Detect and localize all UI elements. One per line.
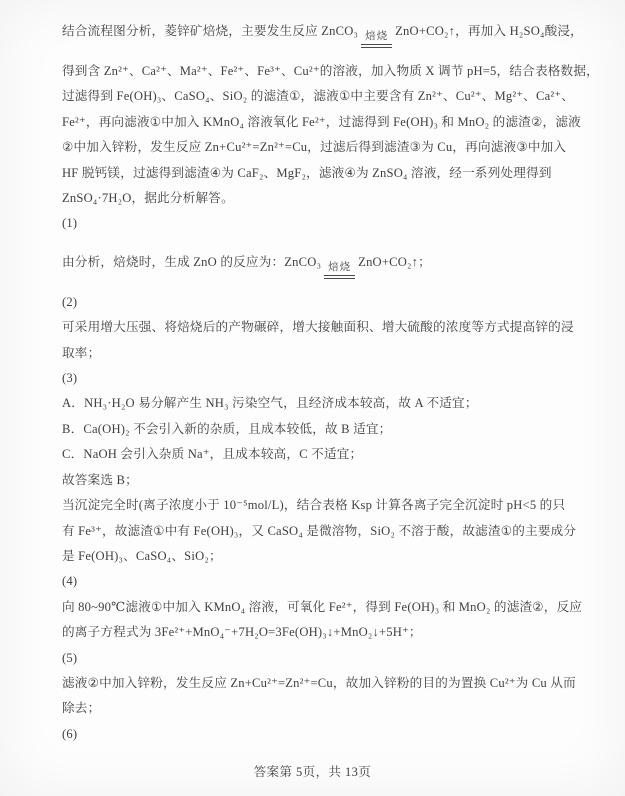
text-line: B．Ca(OH)₂ 不会引入新的杂质，且成本较低，故 B 适宜； bbox=[62, 417, 565, 442]
s1-equation-pre: 由分析，焙烧时，生成 ZnO 的反应为：ZnCO₃ bbox=[62, 255, 321, 269]
section-2-label: (2) bbox=[62, 290, 565, 315]
analysis-paragraph: 结合流程图分析，菱锌矿焙烧，主要发生反应 ZnCO₃焙烧ZnO+CO₂↑，再加入… bbox=[62, 6, 565, 211]
text-line: 滤液②中加入锌粉，发生反应 Zn+Cu²⁺=Zn²⁺=Cu，故加入锌粉的目的为置… bbox=[62, 671, 565, 696]
text-line: 可采用增大压强、将焙烧后的产物碾碎，增大接触面积、增大硫酸的浓度等方式提高锌的浸 bbox=[62, 315, 565, 340]
text-line: ZnSO₄·7H₂O，据此分析解答。 bbox=[62, 186, 565, 211]
text-line: HF 脱钙镁，过滤得到滤渣④为 CaF₂、MgF₂，滤液④为 ZnSO₄ 溶液，… bbox=[62, 161, 565, 186]
s1-equation-post: ZnO+CO₂↑； bbox=[358, 255, 431, 269]
section-1-label: (1) bbox=[62, 211, 565, 236]
text-line: 向 80~90℃滤液①中加入 KMnO₄ 溶液，可氧化 Fe²⁺，得到 Fe(O… bbox=[62, 595, 565, 620]
text-line: 的离子方程式为 3Fe²⁺+MnO₄⁻+7H₂O=3Fe(OH)₃↓+MnO₂↓… bbox=[62, 620, 565, 645]
text-line: C．NaOH 会引入杂质 Na⁺，且成本较高，C 不适宜； bbox=[62, 442, 565, 467]
text-line: ②中加入锌粉，发生反应 Zn+Cu²⁺=Zn²⁺=Cu，过滤后得到滤渣③为 Cu… bbox=[62, 135, 565, 160]
section-5-label: (5) bbox=[62, 646, 565, 671]
section-5: (5) 滤液②中加入锌粉，发生反应 Zn+Cu²⁺=Zn²⁺=Cu，故加入锌粉的… bbox=[62, 646, 565, 722]
section-3: (3) A．NH₃·H₂O 易分解产生 NH₃ 污染空气，且经济成本较高，故 A… bbox=[62, 366, 565, 569]
text-line: A．NH₃·H₂O 易分解产生 NH₃ 污染空气，且经济成本较高，故 A 不适宜… bbox=[62, 391, 565, 416]
text-line: 取率； bbox=[62, 341, 565, 366]
intro-line1-post: ZnO+CO₂↑，再加入 H₂SO₄酸浸， bbox=[395, 24, 583, 38]
text-line: 有 Fe³⁺，故滤渣①中有 Fe(OH)₃，又 CaSO₄ 是微溶物，SiO₂ … bbox=[62, 519, 565, 544]
answer-document-page: 结合流程图分析，菱锌矿焙烧，主要发生反应 ZnCO₃焙烧ZnO+CO₂↑，再加入… bbox=[0, 0, 625, 796]
reaction-condition-label: 焙烧 bbox=[361, 30, 392, 48]
text-line: 当沉淀完全时(离子浓度小于 10⁻⁵mol/L)，结合表格 Ksp 计算各离子完… bbox=[62, 493, 565, 518]
section-4-label: (4) bbox=[62, 569, 565, 594]
text-line: 得到含 Zn²⁺、Ca²⁺、Ma²⁺、Fe²⁺、Fe³⁺、Cu²⁺的溶液，加入物… bbox=[62, 59, 565, 84]
reaction-condition-label: 焙烧 bbox=[324, 261, 355, 279]
intro-line1-pre: 结合流程图分析，菱锌矿焙烧，主要发生反应 ZnCO₃ bbox=[62, 24, 358, 38]
page-footer: 答案第 5页，共 13页 bbox=[0, 762, 625, 780]
reaction-condition: 焙烧 bbox=[324, 261, 355, 279]
text-line: 由分析，焙烧时，生成 ZnO 的反应为：ZnCO₃焙烧ZnO+CO₂↑； bbox=[62, 237, 565, 290]
section-4: (4) 向 80~90℃滤液①中加入 KMnO₄ 溶液，可氧化 Fe²⁺，得到 … bbox=[62, 569, 565, 645]
section-3-label: (3) bbox=[62, 366, 565, 391]
text-line: 除去； bbox=[62, 696, 565, 721]
section-2: (2) 可采用增大压强、将焙烧后的产物碾碎，增大接触面积、增大硫酸的浓度等方式提… bbox=[62, 290, 565, 366]
text-line: 故答案选 B； bbox=[62, 468, 565, 493]
text-line: 过滤得到 Fe(OH)₃、CaSO₄、SiO₂ 的滤渣①，滤液①中主要含有 Zn… bbox=[62, 84, 565, 109]
text-line: 是 Fe(OH)₃、CaSO₄、SiO₂； bbox=[62, 544, 565, 569]
section-6: (6) bbox=[62, 722, 565, 747]
text-line: Fe²⁺，再向滤液①中加入 KMnO₄ 溶液氧化 Fe²⁺，过滤得到 Fe(OH… bbox=[62, 110, 565, 135]
document-content: 结合流程图分析，菱锌矿焙烧，主要发生反应 ZnCO₃焙烧ZnO+CO₂↑，再加入… bbox=[0, 0, 625, 747]
section-6-label: (6) bbox=[62, 722, 565, 747]
reaction-condition: 焙烧 bbox=[361, 30, 392, 48]
text-line: 结合流程图分析，菱锌矿焙烧，主要发生反应 ZnCO₃焙烧ZnO+CO₂↑，再加入… bbox=[62, 6, 565, 59]
section-1: (1) 由分析，焙烧时，生成 ZnO 的反应为：ZnCO₃焙烧ZnO+CO₂↑； bbox=[62, 211, 565, 289]
